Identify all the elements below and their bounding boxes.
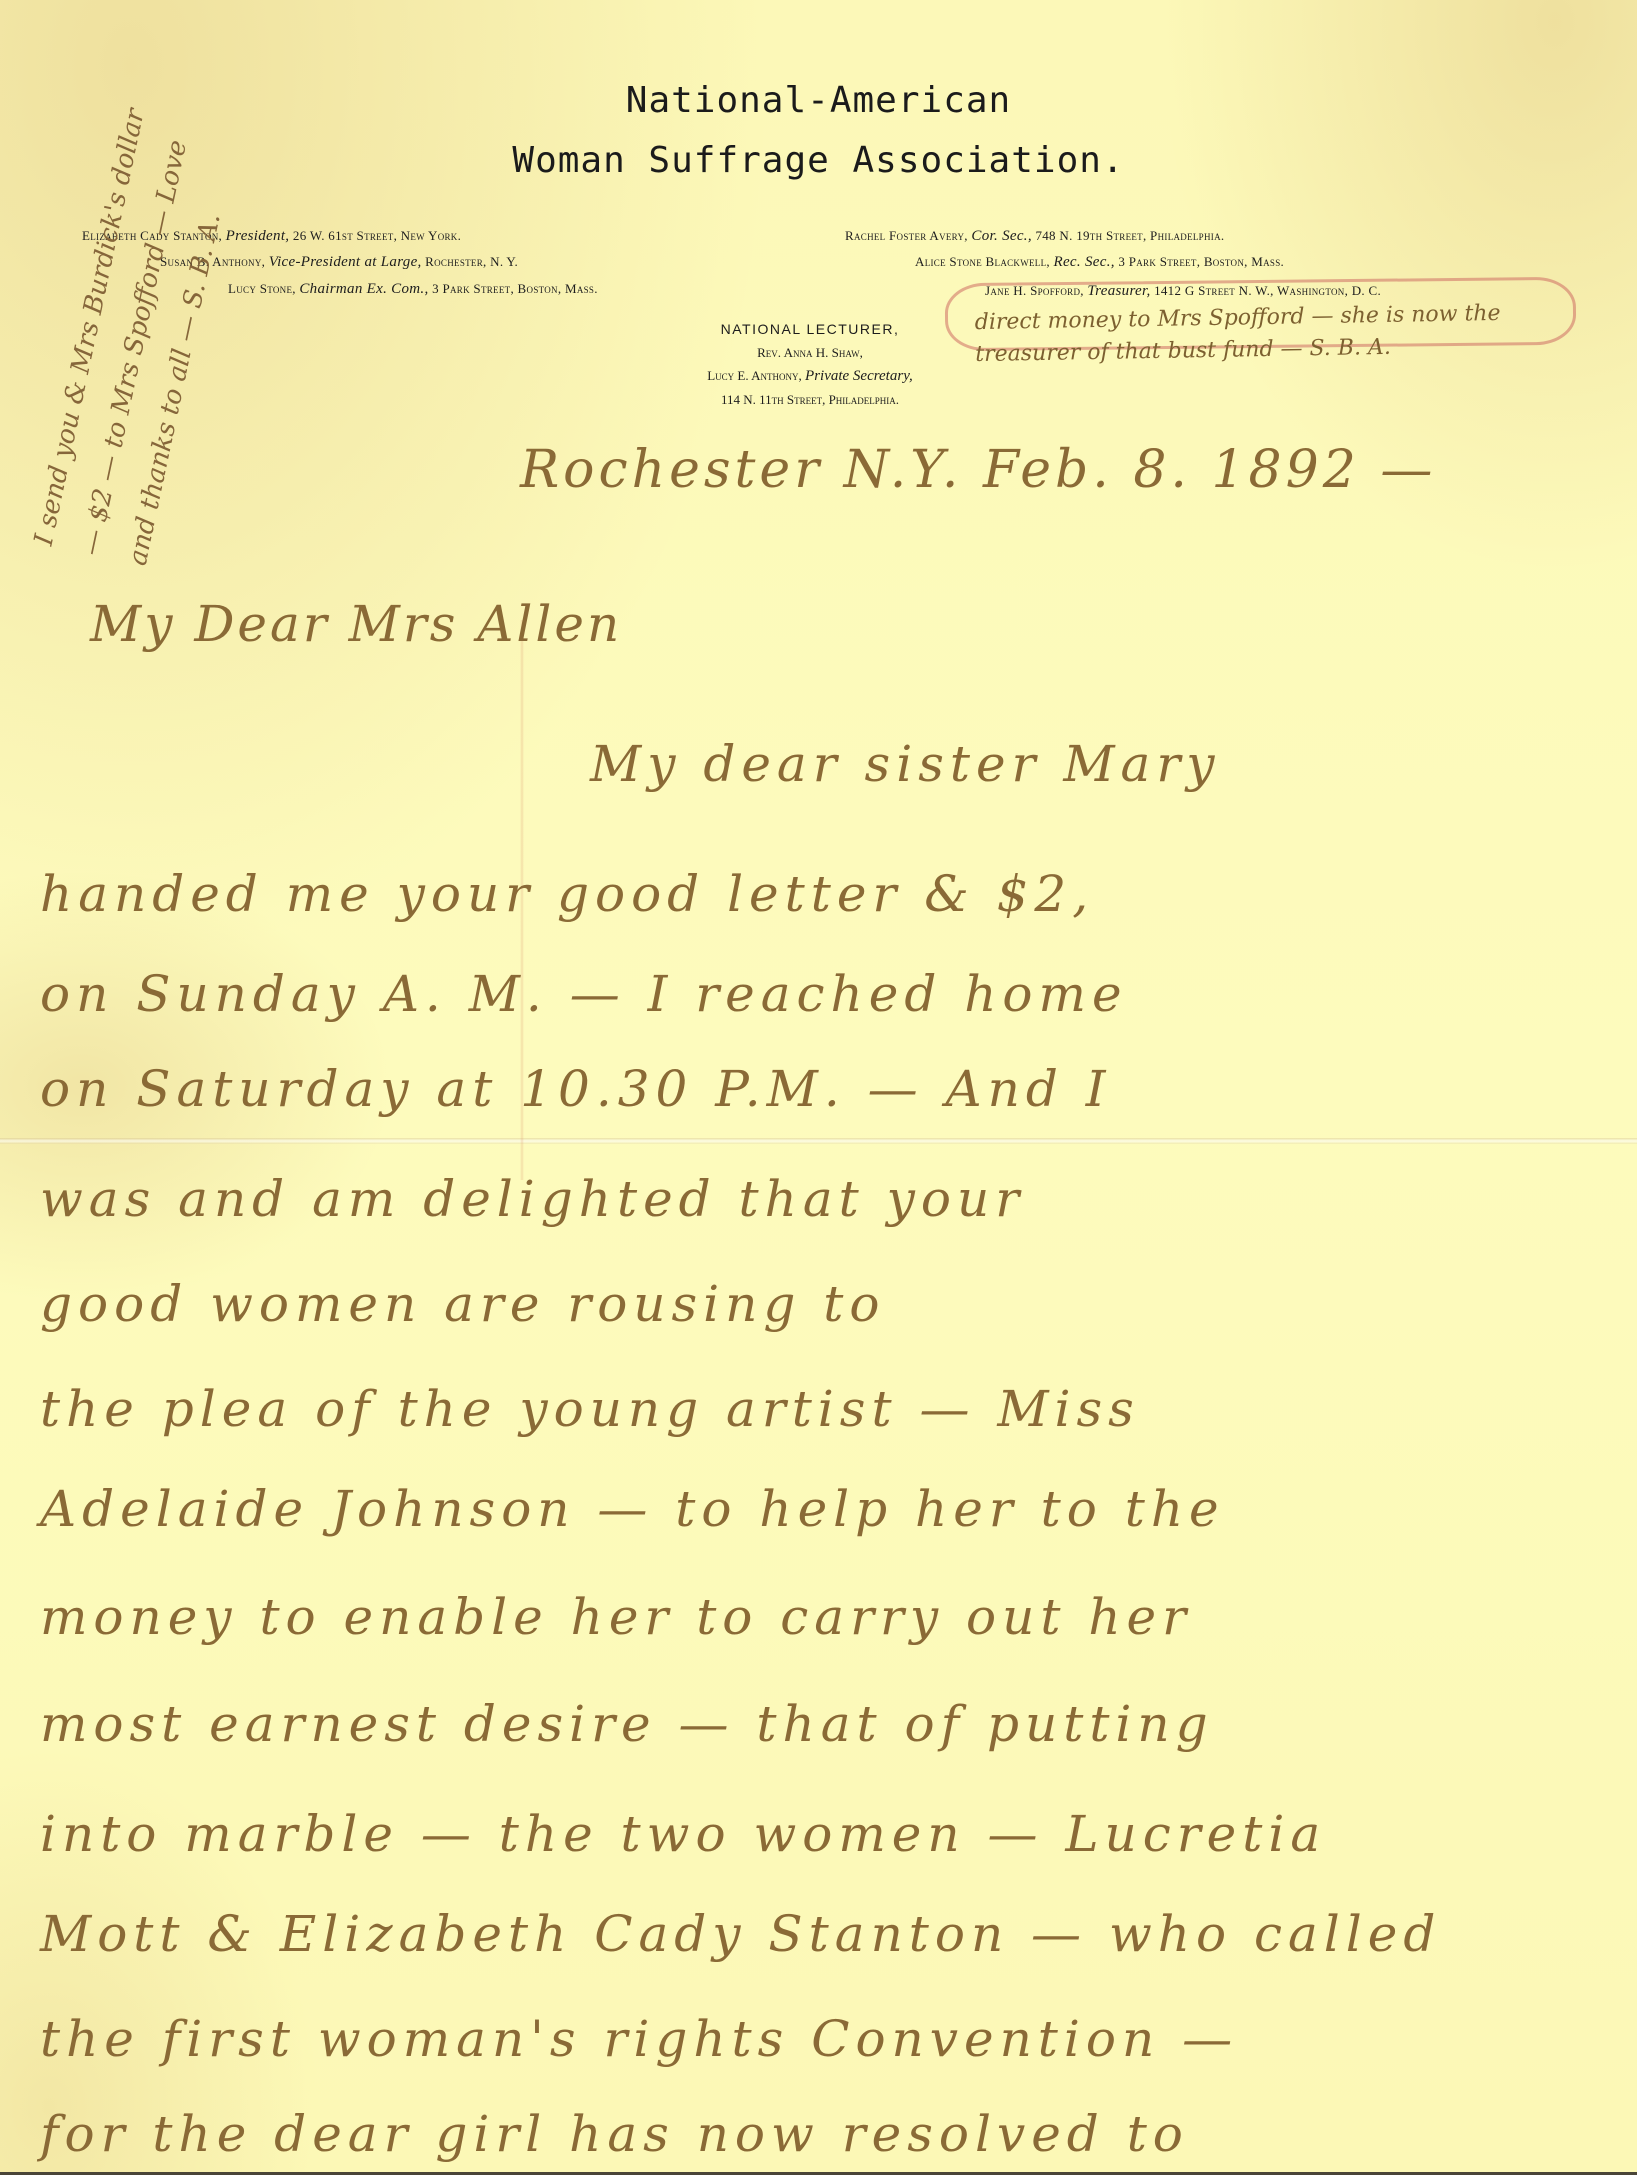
officer-corresponding-secretary: Rachel Foster Avery, Cor. Sec., 748 N. 1…: [845, 228, 1224, 245]
private-secretary-address: 114 N. 11th Street, Philadelphia.: [640, 388, 980, 411]
officer-recording-secretary: Alice Stone Blackwell, Rec. Sec., 3 Park…: [915, 254, 1284, 271]
letter-line: good women are rousing to: [40, 1275, 885, 1333]
national-lecturer-name: Rev. Anna H. Shaw,: [640, 341, 980, 364]
letter-line: handed me your good letter & $2,: [40, 865, 1094, 923]
officer-chairman: Lucy Stone, Chairman Ex. Com., 3 Park St…: [228, 281, 598, 298]
letter-line: for the dear girl has now resolved to: [40, 2105, 1189, 2163]
letter-line: the first woman's rights Convention —: [40, 2010, 1238, 2068]
letter-line: was and am delighted that your: [40, 1170, 1025, 1228]
national-lecturer-block: NATIONAL LECTURER, Rev. Anna H. Shaw, Lu…: [640, 318, 980, 411]
private-secretary: Lucy E. Anthony, Private Secretary,: [640, 364, 980, 388]
letter-line: the plea of the young artist — Miss: [40, 1380, 1140, 1438]
letter-line: money to enable her to carry out her: [40, 1588, 1192, 1646]
letter-line: Mott & Elizabeth Cady Stanton — who call…: [40, 1905, 1441, 1963]
letter-line: Adelaide Johnson — to help her to the: [40, 1480, 1225, 1538]
letter-dateline: Rochester N.Y. Feb. 8. 1892 —: [520, 440, 1436, 500]
paper-fold-line: [0, 1138, 1637, 1144]
letter-line: most earnest desire — that of putting: [40, 1695, 1214, 1753]
letter-line: into marble — the two women — Lucretia: [40, 1805, 1326, 1863]
letter-page: National-American Woman Suffrage Associa…: [0, 0, 1637, 2175]
letter-line: on Sunday A. M. — I reached home: [40, 965, 1128, 1023]
letter-line: on Saturday at 10.30 P.M. — And I: [40, 1060, 1112, 1118]
letter-line: My dear sister Mary: [590, 735, 1220, 793]
treasurer-handwritten-note: direct money to Mrs Spofford — she is no…: [974, 297, 1555, 371]
letter-salutation: My Dear Mrs Allen: [90, 595, 622, 653]
national-lecturer-heading: NATIONAL LECTURER,: [640, 318, 980, 341]
